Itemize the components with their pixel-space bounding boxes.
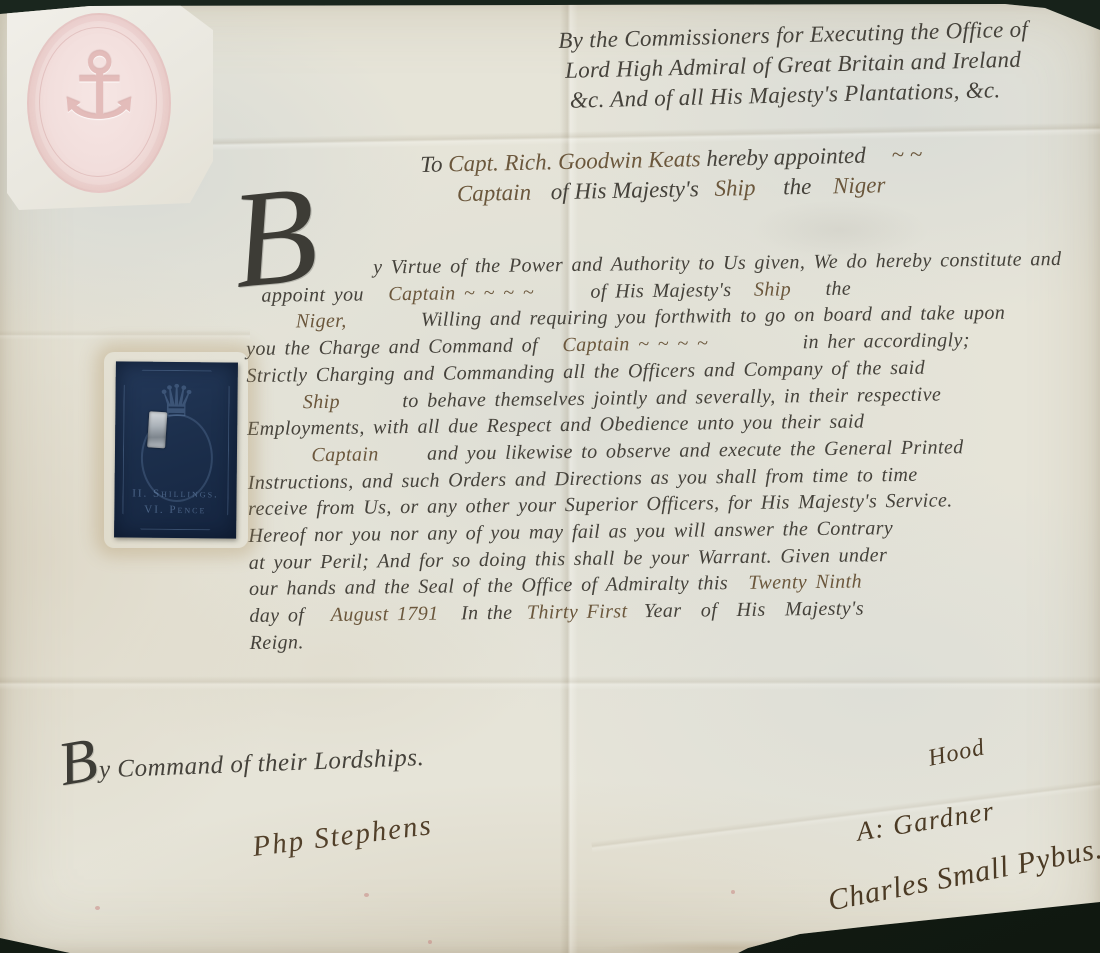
ship-name-inserted: Niger: [833, 172, 886, 198]
foxing-spot: [364, 893, 369, 897]
text-segment: hereby appointed: [706, 143, 866, 171]
text-segment: the: [825, 277, 851, 299]
flourished-initial-B: B: [54, 732, 101, 794]
stamp-denomination-line-1: II. Shillings.: [114, 487, 236, 500]
rank-inserted: Captain: [311, 443, 379, 466]
text-segment: appoint you: [261, 283, 364, 306]
ship-word-inserted: Ship: [754, 278, 791, 300]
text-segment: to behave themselves jointly and several…: [402, 383, 941, 412]
signature-secretary: Php Stephens: [251, 809, 435, 864]
text-segment: Year of His Majesty's: [644, 598, 864, 623]
stamp-denomination-line-2: VI. Pence: [114, 503, 236, 516]
date-day-inserted: Twenty Ninth: [748, 571, 862, 594]
signature-lord-hood: Hood: [926, 734, 988, 772]
fill-marks: ~ ~: [891, 141, 922, 167]
signature-lord-gardner: A: Gardner: [854, 795, 996, 847]
text-segment: and you likewise to observe and execute …: [427, 436, 964, 465]
ship-word-inserted: Ship: [303, 390, 340, 412]
text-segment: Reign.: [250, 631, 304, 654]
anchor-icon: ⚓: [29, 33, 169, 140]
text-segment: day of: [249, 604, 304, 627]
text-segment: the: [783, 174, 812, 200]
text-segment: y Virtue of the Power and Authority to U…: [373, 248, 1062, 278]
rank-inserted: Captain ~ ~ ~ ~: [562, 332, 708, 356]
text-segment: To: [420, 152, 443, 177]
foxing-spot: [428, 940, 432, 944]
horizontal-fold-crease: [0, 676, 1100, 690]
ship-word-inserted: Ship: [714, 175, 755, 201]
edge-stain: [600, 940, 860, 953]
appointee-name: Capt. Rich. Goodwin Keats: [448, 146, 701, 176]
text-segment: you the Charge and Command of: [246, 335, 538, 361]
rank-inserted: Captain ~ ~ ~ ~: [388, 281, 534, 305]
text-segment: of His Majesty's: [590, 279, 731, 303]
by-command-block: B y Command of their Lordships.: [58, 722, 425, 792]
text-segment: our hands and the Seal of the Office of …: [249, 573, 728, 601]
document-body: y Virtue of the Power and Authority to U…: [245, 246, 1072, 657]
rank-inserted: Captain: [457, 180, 532, 207]
admiralty-embossed-seal: ⚓: [27, 13, 171, 193]
foxing-spot: [95, 906, 100, 910]
wafer-seal-paper: ⚓: [7, 3, 213, 210]
ship-name-inserted: Niger,: [296, 310, 347, 333]
text-segment: of His Majesty's: [551, 176, 700, 204]
text-segment: Willing and requiring you forthwith to g…: [421, 302, 1006, 331]
appointment-block: To Capt. Rich. Goodwin Keats hereby appo…: [420, 137, 1061, 210]
date-month-year-inserted: August 1791: [331, 603, 439, 626]
by-command-text: y Command of their Lordships.: [99, 744, 425, 784]
horizontal-fold-crease: [0, 330, 250, 340]
document-header: By the Commissioners for Executing the O…: [558, 13, 1090, 116]
silver-foil-security-bit: [147, 411, 167, 448]
diagonal-crease: [591, 778, 1100, 852]
blue-duty-stamp: ♛ II. Shillings. VI. Pence: [114, 361, 238, 538]
text-segment: in her accordingly;: [802, 329, 970, 353]
photo-scene: ⚓ By the Commissioners for Executing the…: [0, 0, 1100, 953]
text-segment: In the: [461, 602, 513, 625]
parchment-document: ⚓ By the Commissioners for Executing the…: [0, 0, 1100, 953]
regnal-year-inserted: Thirty First: [527, 600, 628, 623]
foxing-spot: [731, 890, 735, 894]
